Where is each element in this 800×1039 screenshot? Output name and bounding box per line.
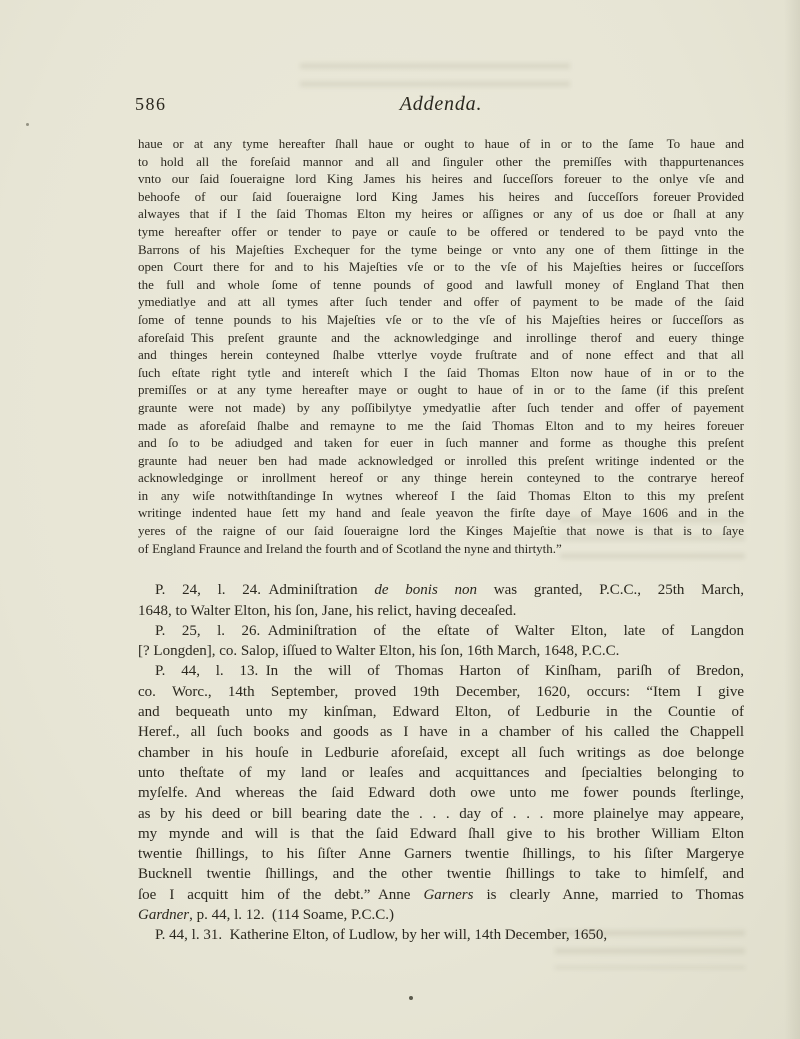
text-line: 1648, to Walter Elton, his ſon, Jane, hi… [138,601,744,621]
text-line: of England Fraunce and Ireland the fourt… [138,540,744,558]
text-line: behoofe of our ſaid ſoueraigne lord King… [138,188,744,206]
text-line: open Court there for and to his Majeſtie… [138,258,744,276]
page-title: Addenda. [138,93,744,116]
text-line: co. Worc., 14th September, proved 19th D… [138,682,744,702]
book-page: 586 Addenda. haue or at any tyme hereaft… [0,0,800,1039]
italic-text: Gardner [138,907,189,923]
text-line: Heref., all ſuch books and goods as I ha… [138,722,744,742]
ink-speck [409,996,413,1000]
text-line: yeres of the raigne of our ſaid ſoueraig… [138,522,744,540]
text-line: chamber in his houſe in Ledburie aforeſa… [138,743,744,763]
text-line: writinge indented haue ſett my hand and … [138,504,744,522]
text-line: Bucknell twentie ſhillings, and the othe… [138,864,744,884]
italic-text: de bonis non [374,582,477,598]
text-line: unto theſtate of my land or leaſes and a… [138,763,744,783]
text-line: and bequeath unto my kinſman, Edward Elt… [138,702,744,722]
text-line: graunte had neuer ben had made acknowled… [138,452,744,470]
text-line: to hold all the foreſaid mannor and all … [138,153,744,171]
quoted-deed-paragraph: haue or at any tyme hereafter ſhall haue… [138,135,744,557]
addenda-entry: P. 24, l. 24. Adminiſtration de bonis no… [138,580,744,621]
ink-speck [26,123,29,126]
text-line: P. 24, l. 24. Adminiſtration de bonis no… [138,580,744,600]
text-line: in any wiſe notwithſtandinge In wytnes w… [138,487,744,505]
text-line: and ſo to be adiudged and taken for euer… [138,434,744,452]
text-line: haue or at any tyme hereafter ſhall haue… [138,135,744,153]
addenda-entry: P. 25, l. 26. Adminiſtration of the eſta… [138,621,744,662]
text-line: acknowledginge or inrollment hereof or a… [138,469,744,487]
addenda-entry: P. 44, l. 13. In the will of Thomas Hart… [138,661,744,925]
text-line: twentie ſhillings, to his ſiſter Anne Ga… [138,844,744,864]
text-line: as by his deed or bill bearing date the … [138,804,744,824]
text-line: made as aforeſaid ſhalbe and remayne to … [138,417,744,435]
text-line: vnto our ſaid ſoueraigne lord King James… [138,170,744,188]
page-edge-shadow [784,0,800,1039]
addenda-entry: P. 44, l. 31. Katherine Elton, of Ludlow… [138,925,744,945]
text-column: 586 Addenda. haue or at any tyme hereaft… [138,0,744,946]
text-line: aforeſaid This preſent graunte and the a… [138,329,744,347]
text-line: Gardner, p. 44, l. 12. (114 Soame, P.C.C… [138,905,744,925]
text-line: ſome of tenne pounds to his Majeſties vſ… [138,311,744,329]
text-line: ymediatlye and att all tymes after ſuch … [138,293,744,311]
text-line: tyme hereafter offer or tender to paye o… [138,223,744,241]
page-header: 586 Addenda. [138,93,744,115]
text-line: P. 25, l. 26. Adminiſtration of the eſta… [138,621,744,641]
text-line: ſuch eſtate right tytle and intereſt whi… [138,364,744,382]
text-line: and thinges herein conteyned ſhalbe vtte… [138,346,744,364]
text-line: the full and whole ſome of tenne pounds … [138,276,744,294]
text-line: Barrons of his Majeſties Exchequer for t… [138,241,744,259]
text-line: [? Longden], co. Salop, iſſued to Walter… [138,641,744,661]
text-line: my mynde and will is that the ſaid Edwar… [138,824,744,844]
text-line: graunte were not made) by any poſſibilyt… [138,399,744,417]
italic-text: Garners [423,887,473,903]
text-line: alwayes that if I the ſaid Thomas Elton … [138,205,744,223]
text-line: P. 44, l. 31. Katherine Elton, of Ludlow… [138,925,744,945]
text-line: premiſſes or at any tyme hereafter maye … [138,381,744,399]
addenda-entries: P. 24, l. 24. Adminiſtration de bonis no… [138,580,744,945]
text-line: ſoe I acquitt him of the debt.” Anne Gar… [138,885,744,905]
text-line: P. 44, l. 13. In the will of Thomas Hart… [138,661,744,681]
text-line: myſelfe. And whereas the ſaid Edward dot… [138,783,744,803]
